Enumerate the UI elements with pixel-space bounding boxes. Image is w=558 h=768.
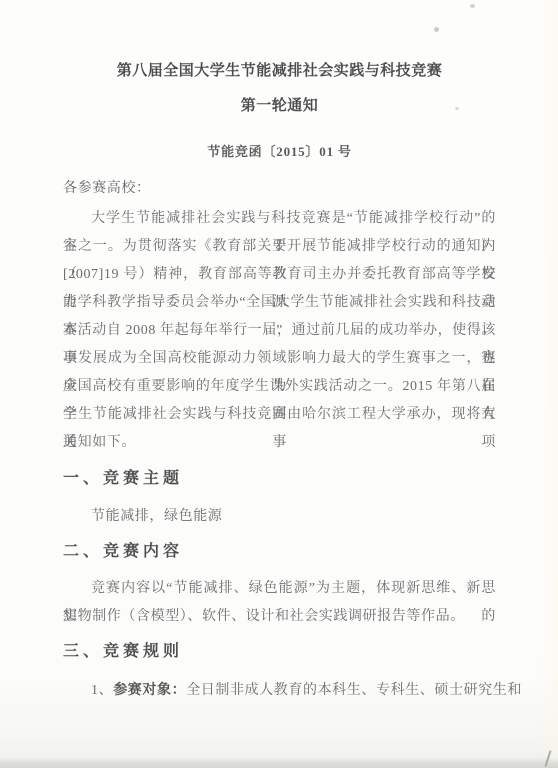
document-subtitle: 第一轮通知 bbox=[63, 95, 496, 117]
document-content: 第八届全国大学生节能减排社会实践与科技竞赛 第一轮通知 节能竞函〔2015〕01… bbox=[63, 0, 496, 705]
intro-paragraph: 大学生节能减排社会实践与科技竞赛是“节能减排学校行动”的主要内 容之一。为贯彻落… bbox=[63, 205, 496, 457]
rule-item-1: 1、参赛对象：全日制非成人教育的本科生、专科生、硕士研究生和 bbox=[63, 677, 496, 705]
salutation: 各参赛高校： bbox=[63, 180, 496, 197]
rule-item-text: 全日制非成人教育的本科生、专科生、硕士研究生和 bbox=[186, 683, 522, 698]
document-title: 第八届全国大学生节能减排社会实践与科技竞赛 bbox=[63, 60, 496, 82]
intro-line-8: 学生节能减排社会实践与科技竞赛由哈尔滨工程大学承办，现将有关事项 bbox=[63, 401, 496, 429]
intro-line-4: 力学科教学指导委员会举办“全国大学生节能减排社会实践和科技竞赛”。 bbox=[63, 289, 496, 317]
content-line-1: 竞赛内容以“节能减排、绿色能源”为主题，体现新思维、新思想的 bbox=[63, 575, 496, 603]
intro-line-2: 容之一。为贯彻落实《教育部关于开展节能减排学校行动的通知》（教发 bbox=[63, 233, 496, 261]
section-heading-rules: 三、竞赛规则 bbox=[63, 642, 496, 662]
scan-speck bbox=[470, 4, 475, 8]
rule-item-number: 1、 bbox=[91, 683, 113, 698]
intro-line-3: [2007]19 号）精神，教育部高等教育司主办并委托教育部高等学校能源动 bbox=[63, 261, 496, 289]
scanned-notice-page: 第八届全国大学生节能减排社会实践与科技竞赛 第一轮通知 节能竞函〔2015〕01… bbox=[0, 0, 558, 768]
intro-line-6: 事发展成为全国高校能源动力领域影响力最大的学生赛事之一，也成为在 bbox=[63, 345, 496, 373]
scan-speck bbox=[455, 107, 459, 110]
scan-shadow-bottom bbox=[0, 757, 558, 768]
content-paragraph: 竞赛内容以“节能减排、绿色能源”为主题，体现新思维、新思想的 实物制作（含模型）… bbox=[63, 575, 496, 631]
intro-line-1: 大学生节能减排社会实践与科技竞赛是“节能减排学校行动”的主要内 bbox=[63, 205, 496, 233]
scan-speck bbox=[434, 27, 439, 32]
scan-edge-tint bbox=[538, 0, 558, 768]
theme-text: 节能减排，绿色能源 bbox=[63, 503, 496, 531]
rule-item-label: 参赛对象： bbox=[113, 683, 186, 698]
intro-line-5: 本活动自 2008 年起每年举行一届，通过前几届的成功举办，使得该项赛 bbox=[63, 317, 496, 345]
content-line-2: 实物制作（含模型）、软件、设计和社会实践调研报告等作品。 bbox=[63, 603, 496, 631]
section-heading-content: 二、竞赛内容 bbox=[63, 542, 496, 562]
intro-line-7: 全国高校有重要影响的年度学生课外实践活动之一。2015 年第八届全国大 bbox=[63, 373, 496, 401]
section-heading-theme: 一、竞赛主题 bbox=[63, 469, 496, 489]
document-number: 节能竞函〔2015〕01 号 bbox=[63, 143, 496, 160]
